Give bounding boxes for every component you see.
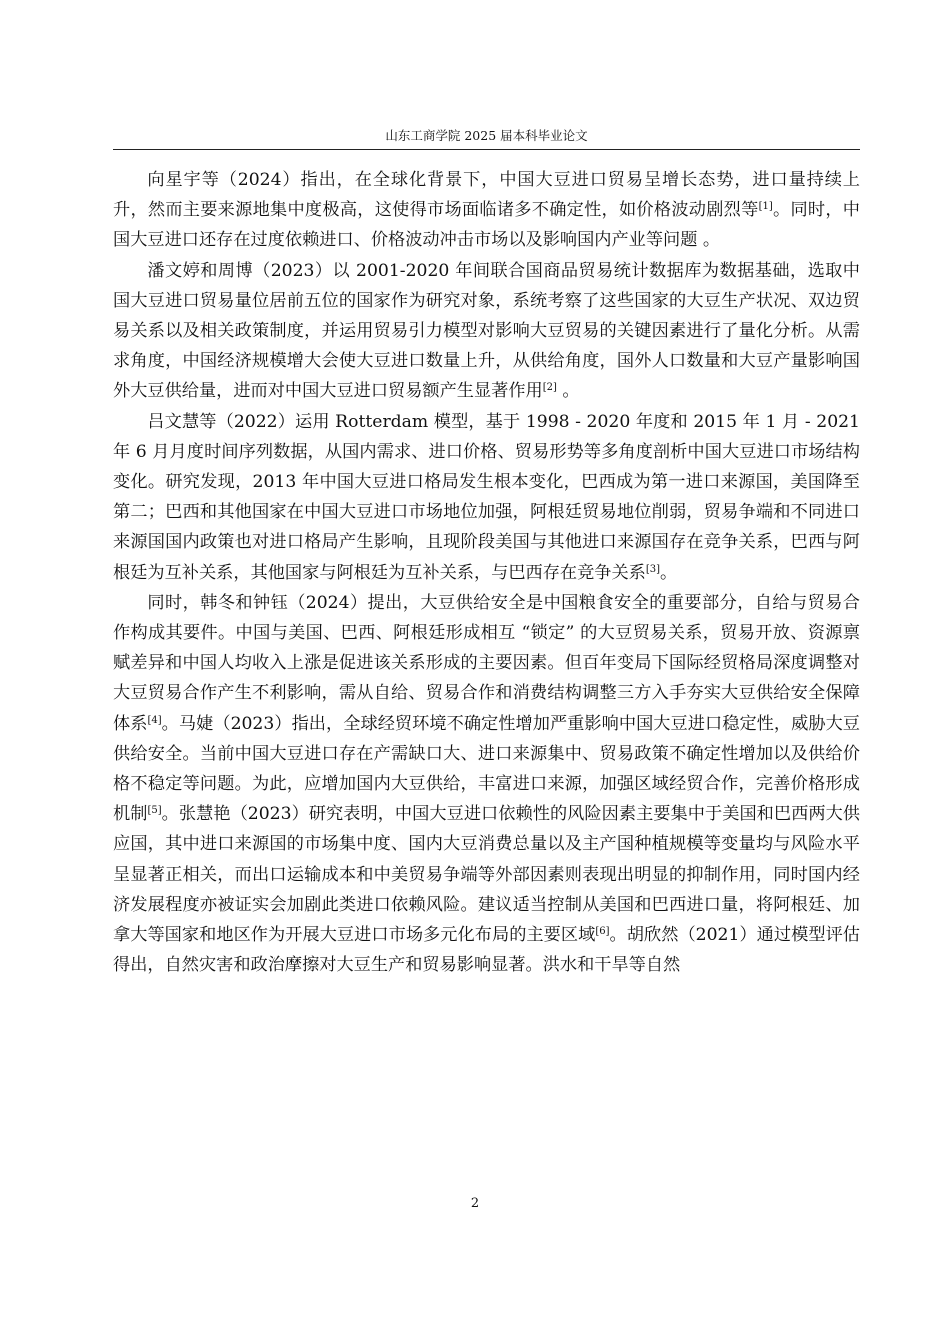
paragraph-1: 向星宇等（2024）指出，在全球化背景下，中国大豆进口贸易呈增长态势，进口量持续… [113, 165, 860, 256]
page-number: 2 [0, 1196, 950, 1212]
text-segment: 潘文婷和周博（2023）以 2001-2020 年间联合国商品贸易统计数据库为数… [113, 261, 860, 402]
citation-ref: [5] [147, 805, 161, 816]
paragraph-2: 潘文婷和周博（2023）以 2001-2020 年间联合国商品贸易统计数据库为数… [113, 256, 860, 407]
text-segment: 同时，韩冬和钟钰（2024）提出，大豆供给安全是中国粮食安全的重要部分，自给与贸… [113, 593, 860, 734]
document-page: 山东工商学院 2025 届本科毕业论文 向星宇等（2024）指出，在全球化背景下… [0, 0, 950, 1344]
text-segment: 吕文慧等（2022）运用 Rotterdam 模型，基于 1998 - 2020… [113, 412, 860, 583]
header-divider [113, 149, 860, 150]
citation-ref: [6] [595, 926, 609, 937]
text-segment: 。张慧艳（2023）研究表明，中国大豆进口依赖性的风险因素主要集中于美国和巴西两… [113, 804, 860, 945]
citation-ref: [2] [543, 382, 557, 393]
paragraph-3: 吕文慧等（2022）运用 Rotterdam 模型，基于 1998 - 2020… [113, 407, 860, 588]
citation-ref: [4] [147, 715, 161, 726]
paragraph-4: 同时，韩冬和钟钰（2024）提出，大豆供给安全是中国粮食安全的重要部分，自给与贸… [113, 588, 860, 981]
citation-ref: [3] [646, 564, 660, 575]
text-segment: 。 [660, 563, 677, 583]
text-segment: 向星宇等（2024）指出，在全球化背景下，中国大豆进口贸易呈增长态势，进口量持续… [113, 170, 860, 220]
running-header: 山东工商学院 2025 届本科毕业论文 [113, 128, 860, 144]
text-segment: 。 [557, 381, 580, 401]
citation-ref: [1] [759, 201, 773, 212]
body-text: 向星宇等（2024）指出，在全球化背景下，中国大豆进口贸易呈增长态势，进口量持续… [113, 165, 860, 980]
